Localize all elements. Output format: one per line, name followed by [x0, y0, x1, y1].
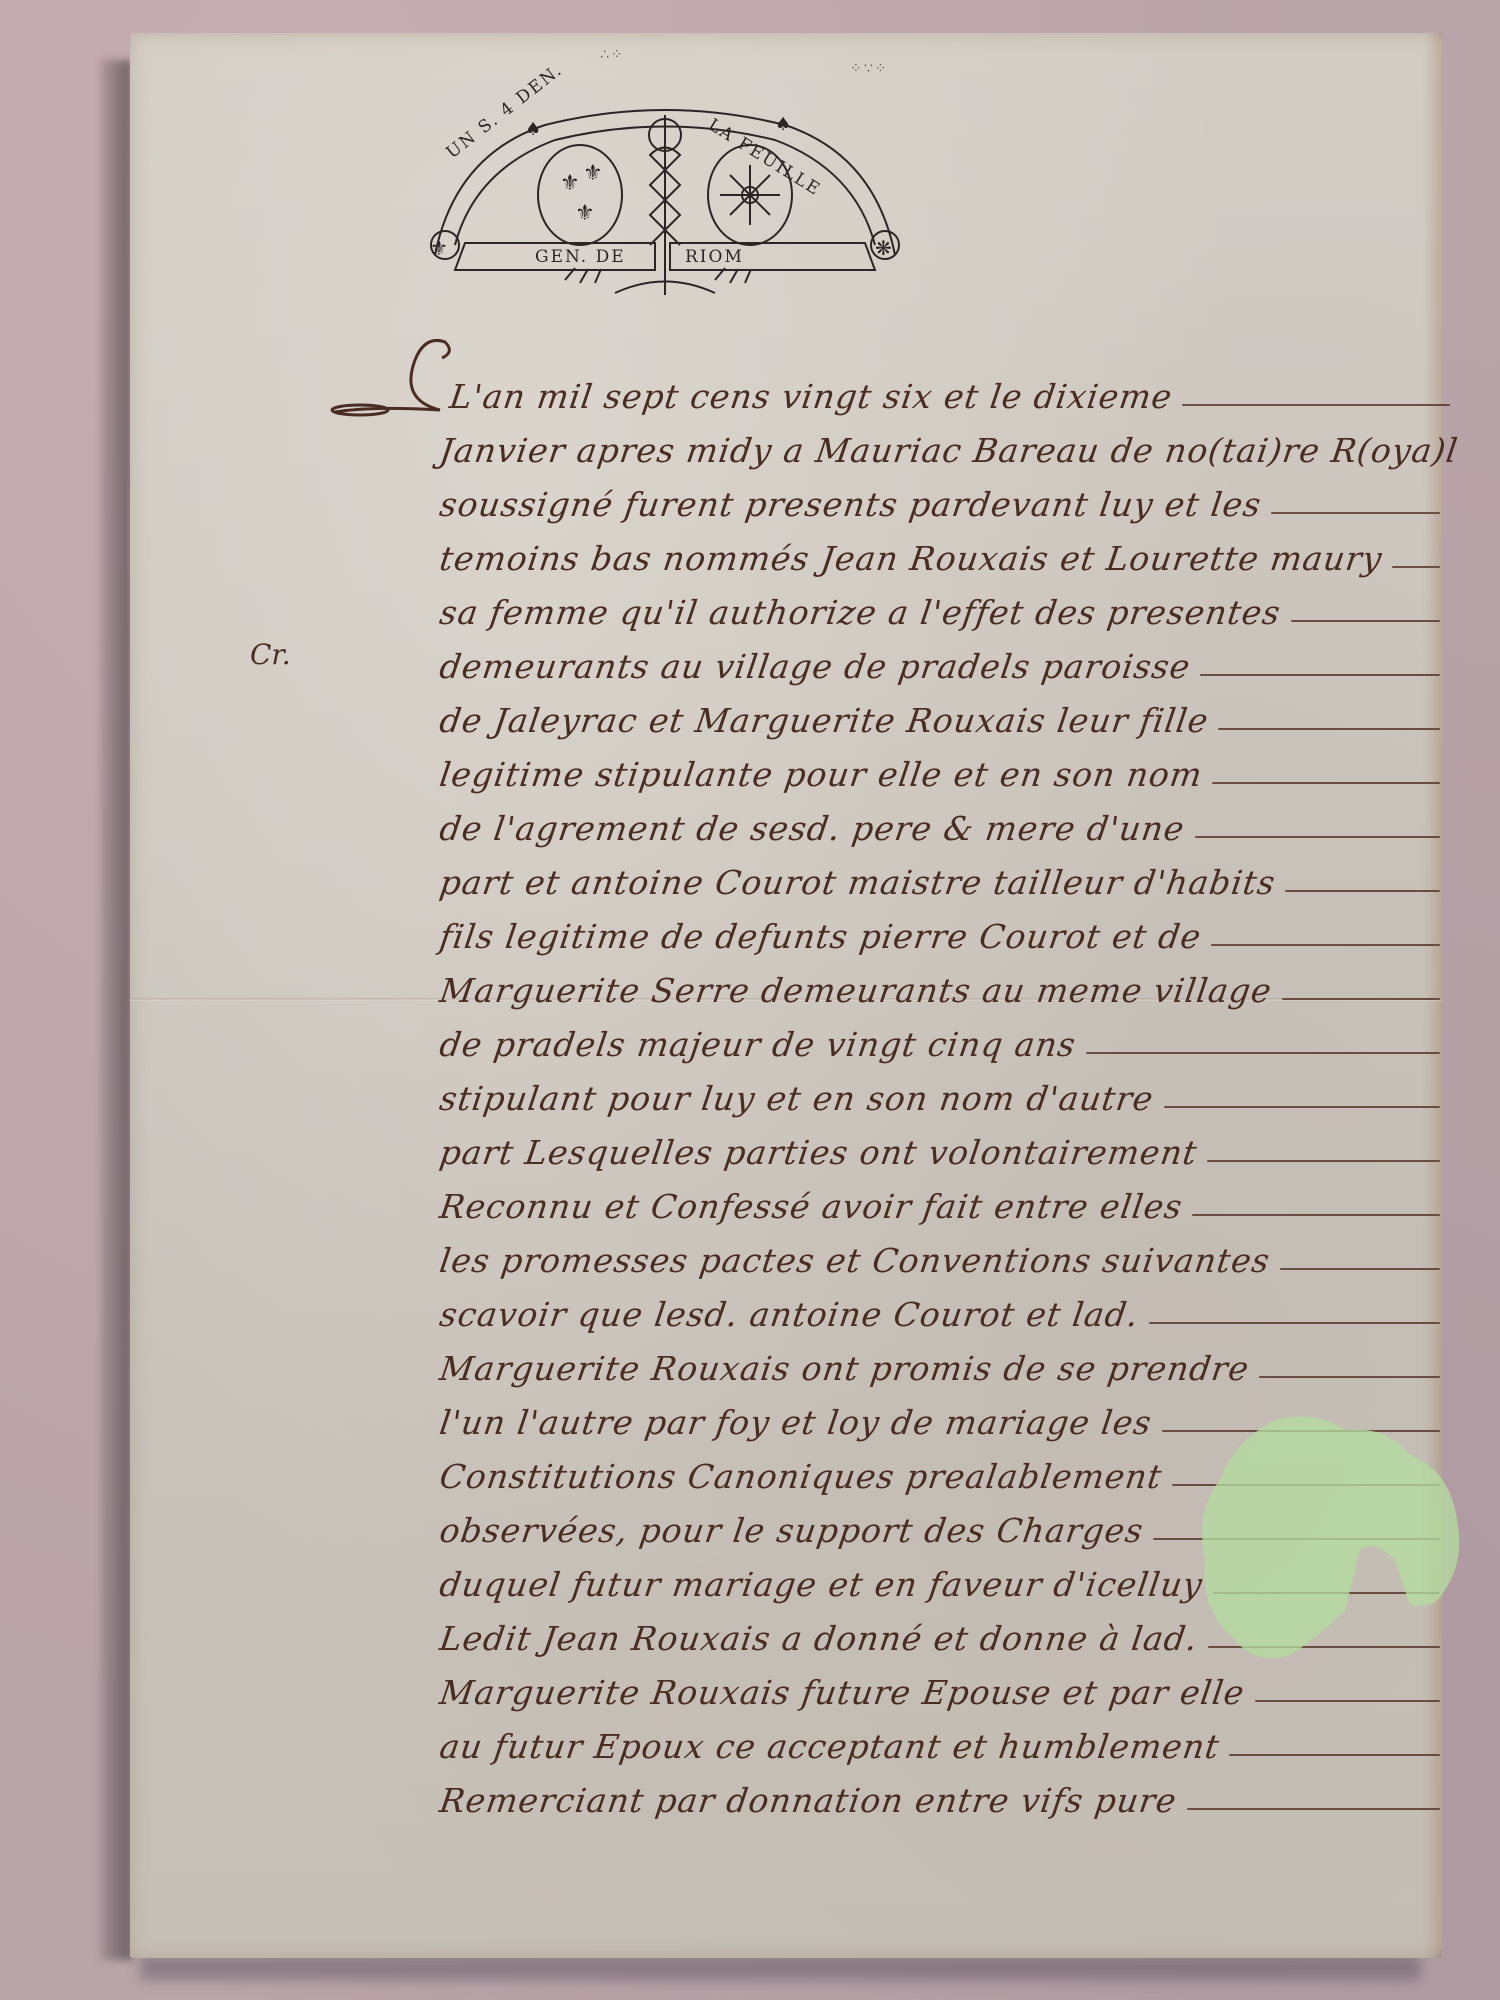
manuscript-line: les promesses pactes et Conventions suiv… [440, 1232, 1440, 1280]
line-filler-stroke [1195, 836, 1440, 838]
line-filler-stroke [1282, 998, 1440, 1000]
manuscript-line: stipulant pour luy et en son nom d'autre [440, 1070, 1440, 1118]
line-filler-stroke [1392, 566, 1440, 568]
line-filler-stroke [1255, 1700, 1440, 1702]
line-filler-stroke [1200, 674, 1440, 676]
manuscript-line: de pradels majeur de vingt cinq ans [440, 1016, 1440, 1064]
manuscript-line: L'an mil sept cens vingt six et le dixie… [450, 368, 1450, 416]
line-filler-stroke [1218, 728, 1440, 730]
manuscript-line: demeurants au village de pradels paroiss… [440, 638, 1440, 686]
manuscript-line: Ledit Jean Rouxais a donné et donne à la… [440, 1610, 1440, 1658]
manuscript-line: observées, pour le support des Charges [440, 1502, 1440, 1550]
manuscript-line: legitime stipulante pour elle et en son … [440, 746, 1440, 794]
manuscript-line: au futur Epoux ce acceptant et humblemen… [440, 1718, 1440, 1766]
line-filler-stroke [1149, 1322, 1440, 1324]
manuscript-line: temoins bas nommés Jean Rouxais et Loure… [440, 530, 1440, 578]
manuscript-line: part et antoine Courot maistre tailleur … [440, 854, 1440, 902]
manuscript-line: duquel futur mariage et en faveur d'icel… [440, 1556, 1440, 1604]
manuscript-line: de l'agrement de sesd. pere & mere d'une [440, 800, 1440, 848]
manuscript-line: Remerciant par donnation entre vifs pure [440, 1772, 1440, 1820]
line-filler-stroke [1207, 1160, 1440, 1162]
manuscript-line: l'un l'autre par foy et loy de mariage l… [440, 1394, 1440, 1442]
manuscript-line: Marguerite Rouxais future Epouse et par … [440, 1664, 1440, 1712]
line-filler-stroke [1285, 890, 1440, 892]
line-filler-stroke [1212, 782, 1440, 784]
line-filler-stroke [1280, 1268, 1440, 1270]
manuscript-line: Marguerite Rouxais ont promis de se pren… [440, 1340, 1440, 1388]
manuscript-line: Marguerite Serre demeurants au meme vill… [440, 962, 1440, 1010]
line-filler-stroke [1208, 1646, 1440, 1648]
manuscript-line: Reconnu et Confessé avoir fait entre ell… [440, 1178, 1440, 1226]
line-filler-stroke [1172, 1484, 1440, 1486]
manuscript-line: part Lesquelles parties ont volontaireme… [440, 1124, 1440, 1172]
manuscript-line: Janvier apres midy a Mauriac Bareau de n… [440, 422, 1440, 470]
line-filler-stroke [1229, 1754, 1440, 1756]
manuscript-line: sa femme qu'il authorize a l'effet des p… [440, 584, 1440, 632]
line-filler-stroke [1211, 944, 1440, 946]
line-filler-stroke [1271, 512, 1440, 514]
manuscript-line: fils legitime de defunts pierre Courot e… [440, 908, 1440, 956]
line-filler-stroke [1164, 1106, 1440, 1108]
manuscript-line: scavoir que lesd. antoine Courot et lad. [440, 1286, 1440, 1334]
line-filler-stroke [1086, 1052, 1440, 1054]
manuscript-line: de Jaleyrac et Marguerite Rouxais leur f… [440, 692, 1440, 740]
manuscript-line: Constitutions Canoniques prealablement [440, 1448, 1440, 1496]
line-filler-stroke [1182, 404, 1450, 406]
line-filler-stroke [1192, 1214, 1440, 1216]
line-filler-stroke [1187, 1808, 1440, 1810]
line-filler-stroke [1213, 1592, 1440, 1594]
manuscript-line: soussigné furent presents pardevant luy … [440, 476, 1440, 524]
line-filler-stroke [1291, 620, 1440, 622]
line-filler-stroke [1162, 1430, 1440, 1432]
line-filler-stroke [1153, 1538, 1440, 1540]
manuscript-body: L'an mil sept cens vingt six et le dixie… [0, 0, 1500, 2000]
line-filler-stroke [1259, 1376, 1440, 1378]
